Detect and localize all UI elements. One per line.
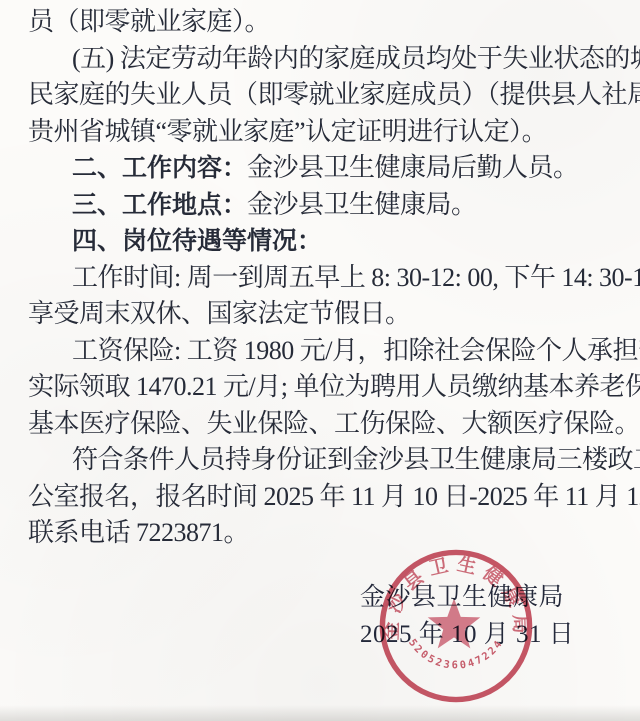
text-line: 贵州省城镇“零就业家庭”认定证明进行认定）。	[28, 114, 620, 151]
signature-org: 金沙县卫生健康局	[360, 579, 574, 616]
document-body: 员（即零就业家庭）。(五) 法定劳动年龄内的家庭成员均处于失业状态的城镇居民家庭…	[28, 4, 620, 552]
text-line: 享受周末双休、国家法定节假日。	[28, 296, 620, 333]
line-heading: 三、工作地点：	[72, 191, 247, 219]
signature-date: 2025 年 10 月 31 日	[360, 616, 574, 653]
text-line: 二、工作内容：金沙县卫生健康局后勤人员。	[28, 150, 620, 187]
text-line: 联系电话 7223871。	[28, 515, 620, 552]
text-line: 基本医疗保险、失业保险、工伤保险、大额医疗保险。	[28, 406, 620, 443]
text-line: 民家庭的失业人员（即零就业家庭成员）（提供县人社局发放的	[28, 77, 620, 114]
text-line: 工资保险: 工资 1980 元/月，扣除社会保险个人承担部分，	[28, 333, 620, 370]
line-heading: 四、岗位待遇等情况：	[72, 227, 322, 255]
line-heading: 二、工作内容：	[72, 154, 247, 182]
text-line: 符合条件人员持身份证到金沙县卫生健康局三楼政工股办	[28, 442, 620, 479]
text-line: 实际领取 1470.21 元/月; 单位为聘用人员缴纳基本养老保险、	[28, 369, 620, 406]
text-line: 公室报名，报名时间 2025 年 11 月 10 日-2025 年 11 月 1…	[28, 479, 620, 516]
text-line: (五) 法定劳动年龄内的家庭成员均处于失业状态的城镇居	[28, 41, 620, 78]
text-line: 四、岗位待遇等情况：	[28, 223, 620, 260]
signature-block: 金沙县卫生健康局 2025 年 10 月 31 日	[360, 579, 574, 653]
document-page: 员（即零就业家庭）。(五) 法定劳动年龄内的家庭成员均处于失业状态的城镇居民家庭…	[0, 0, 640, 721]
text-line: 三、工作地点：金沙县卫生健康局。	[28, 187, 620, 224]
text-line: 员（即零就业家庭）。	[28, 4, 620, 41]
text-line: 工作时间: 周一到周五早上 8: 30-12: 00, 下午 14: 30-18…	[28, 260, 620, 297]
